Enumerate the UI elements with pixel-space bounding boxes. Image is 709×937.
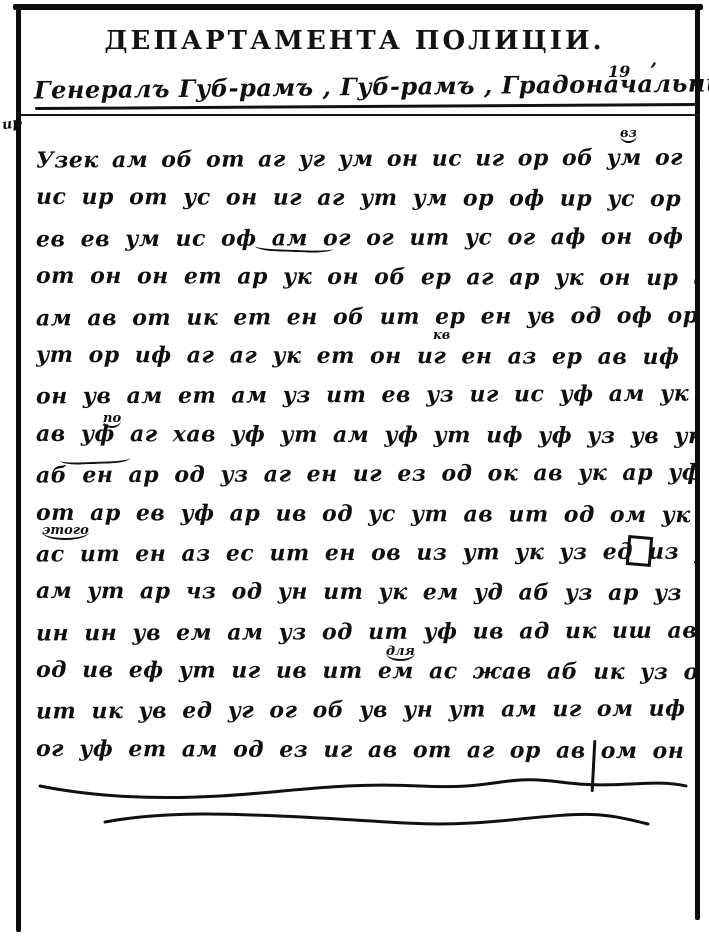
cipher-line-15: ит ик ув ед уг ог об ув ун ут ам иг ом и… [36, 690, 698, 732]
rule-off-wavy-lines [0, 770, 709, 860]
correction-note-etogo: этого [42, 523, 89, 540]
correction-note-po: по [103, 411, 121, 428]
cipher-line-7: он ув ам ет ам уз ит ев уз иг ис уф ам у… [36, 375, 698, 417]
handwritten-address-line: Генералъ Губ-рамъ , Губ-рамъ , Градонача… [34, 69, 694, 105]
letterhead-title: ДЕПАРТАМЕНТА ПОЛИЦІИ. [0, 26, 709, 56]
cipher-line-9: аб ен ар од уз аг ен иг ез од ок ав ук а… [36, 454, 698, 496]
cipher-line-12: ам ут ар чз од ун ит ук ем уд аб уз ар у… [36, 572, 698, 614]
cipher-line-16: ог уф ет ам од ез иг ав от аг ор ав ом о… [36, 730, 698, 772]
margin-note: ир [1, 115, 23, 134]
correction-note-vz: вз [620, 126, 637, 143]
cipher-line-6: ут ор иф аг аг ук ет он иг ен аз ер ав и… [36, 336, 698, 378]
cipher-line-1: Узек ам об от аг уг ум он ис иг ор об ум… [36, 139, 698, 181]
wavy-line-1 [40, 780, 686, 798]
cipher-line-4: от он он ет ар ук он об ер аг ар ук он и… [36, 257, 698, 299]
cipher-line-8: ав уф аг хав уф ут ам уф ут иф уф уз ув … [36, 415, 698, 457]
cipher-body: Узек ам об от аг уг ум он ис иг ор об ум… [36, 140, 698, 770]
scanned-police-cipher-document: ДЕПАРТАМЕНТА ПОЛИЦІИ. 19 ’ Генералъ Губ-… [0, 0, 709, 937]
correction-note-dlya: для [386, 644, 415, 661]
cipher-line-14: од ив еф ут иг ив ит ем ас жав аб ик уз … [36, 651, 698, 693]
cipher-line-13: ин ин ув ем ам уз од ит уф ив ад ик иш а… [36, 611, 698, 653]
wavy-line-2 [105, 814, 648, 824]
cipher-line-10: от ар ев уф ар ив од ус ут ав ит од ом у… [36, 493, 698, 535]
handwritten-underline-rule [35, 103, 698, 110]
cipher-line-5: ам ав от ик ет ен об ит ер ен ув од оф о… [36, 296, 698, 338]
correction-note-kv: кв [433, 328, 450, 343]
cipher-line-11: ас ит ен аз ес ит ен ов из ут ук уз ед и… [36, 532, 698, 574]
frame-border-top [13, 4, 703, 10]
printed-separator-rule [21, 114, 700, 116]
cipher-line-2: ис ир от ус он иг аг ут ум ор оф ир ус о… [36, 178, 698, 220]
correction-box-mark [626, 535, 654, 567]
cipher-line-3: ев ев ум ис оф ам ог ог ит ус ог аф он о… [36, 217, 698, 259]
